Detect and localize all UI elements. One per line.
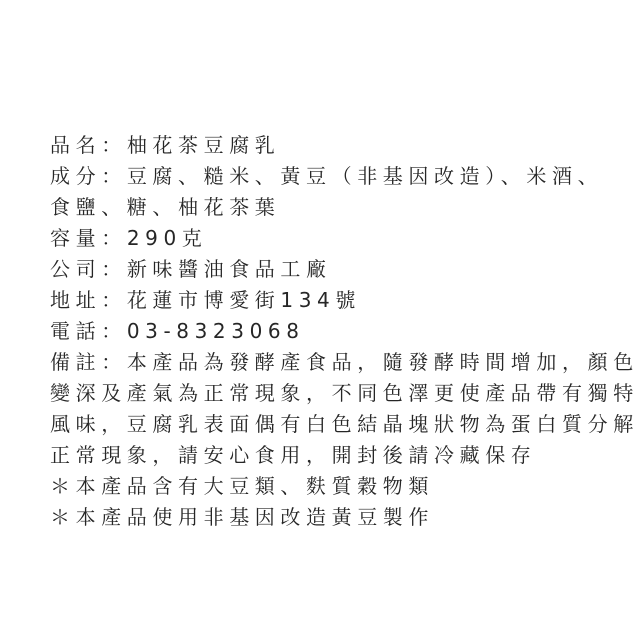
- field-label: 容量：: [50, 226, 127, 250]
- field-remarks: 備註：本產品為發酵產食品，隨發酵時間增加，顏色: [50, 347, 610, 378]
- field-label: 成分：: [50, 164, 127, 188]
- field-value: 豆腐、糙米、黃豆（非基因改造）、米酒、: [127, 164, 603, 188]
- field-ingredients-continued: 食鹽、糖、柚花茶葉: [50, 192, 610, 223]
- field-value: 本產品為發酵產食品，隨發酵時間增加，顏色: [127, 350, 639, 374]
- field-net-weight: 容量：290克: [50, 223, 610, 254]
- field-value: 風味，豆腐乳表面偶有白色結晶塊狀物為蛋白質分解: [50, 412, 639, 436]
- field-address: 地址：花蓮市博愛街134號: [50, 285, 610, 316]
- field-product-name: 品名：柚花茶豆腐乳: [50, 130, 610, 161]
- field-ingredients: 成分：豆腐、糙米、黃豆（非基因改造）、米酒、: [50, 161, 610, 192]
- field-value: 花蓮市博愛街134號: [127, 288, 361, 312]
- product-label-document: 品名：柚花茶豆腐乳 成分：豆腐、糙米、黃豆（非基因改造）、米酒、 食鹽、糖、柚花…: [50, 130, 610, 533]
- field-label: 品名：: [50, 133, 127, 157]
- field-value: 新味醬油食品工廠: [127, 257, 332, 281]
- field-label: 公司：: [50, 257, 127, 281]
- field-label: 電話：: [50, 319, 127, 343]
- field-value: 柚花茶豆腐乳: [127, 133, 281, 157]
- field-company: 公司：新味醬油食品工廠: [50, 254, 610, 285]
- field-value: 290克: [127, 226, 208, 250]
- field-value: 食鹽、糖、柚花茶葉: [50, 195, 280, 219]
- field-remarks-continued-2: 風味，豆腐乳表面偶有白色結晶塊狀物為蛋白質分解: [50, 409, 610, 440]
- field-label: 備註：: [50, 350, 127, 374]
- field-remarks-continued-3: 正常現象，請安心食用，開封後請冷藏保存: [50, 440, 610, 471]
- allergen-note: ＊本產品含有大豆類、麩質穀物類: [50, 471, 610, 502]
- field-value: 正常現象，請安心食用，開封後請冷藏保存: [50, 443, 536, 467]
- field-remarks-continued-1: 變深及產氣為正常現象，不同色澤更使產品帶有獨特: [50, 378, 610, 409]
- non-gmo-note: ＊本產品使用非基因改造黃豆製作: [50, 502, 610, 533]
- field-value: 03-8323068: [127, 319, 305, 343]
- field-phone: 電話：03-8323068: [50, 316, 610, 347]
- field-label: 地址：: [50, 288, 127, 312]
- field-value: 變深及產氣為正常現象，不同色澤更使產品帶有獨特: [50, 381, 639, 405]
